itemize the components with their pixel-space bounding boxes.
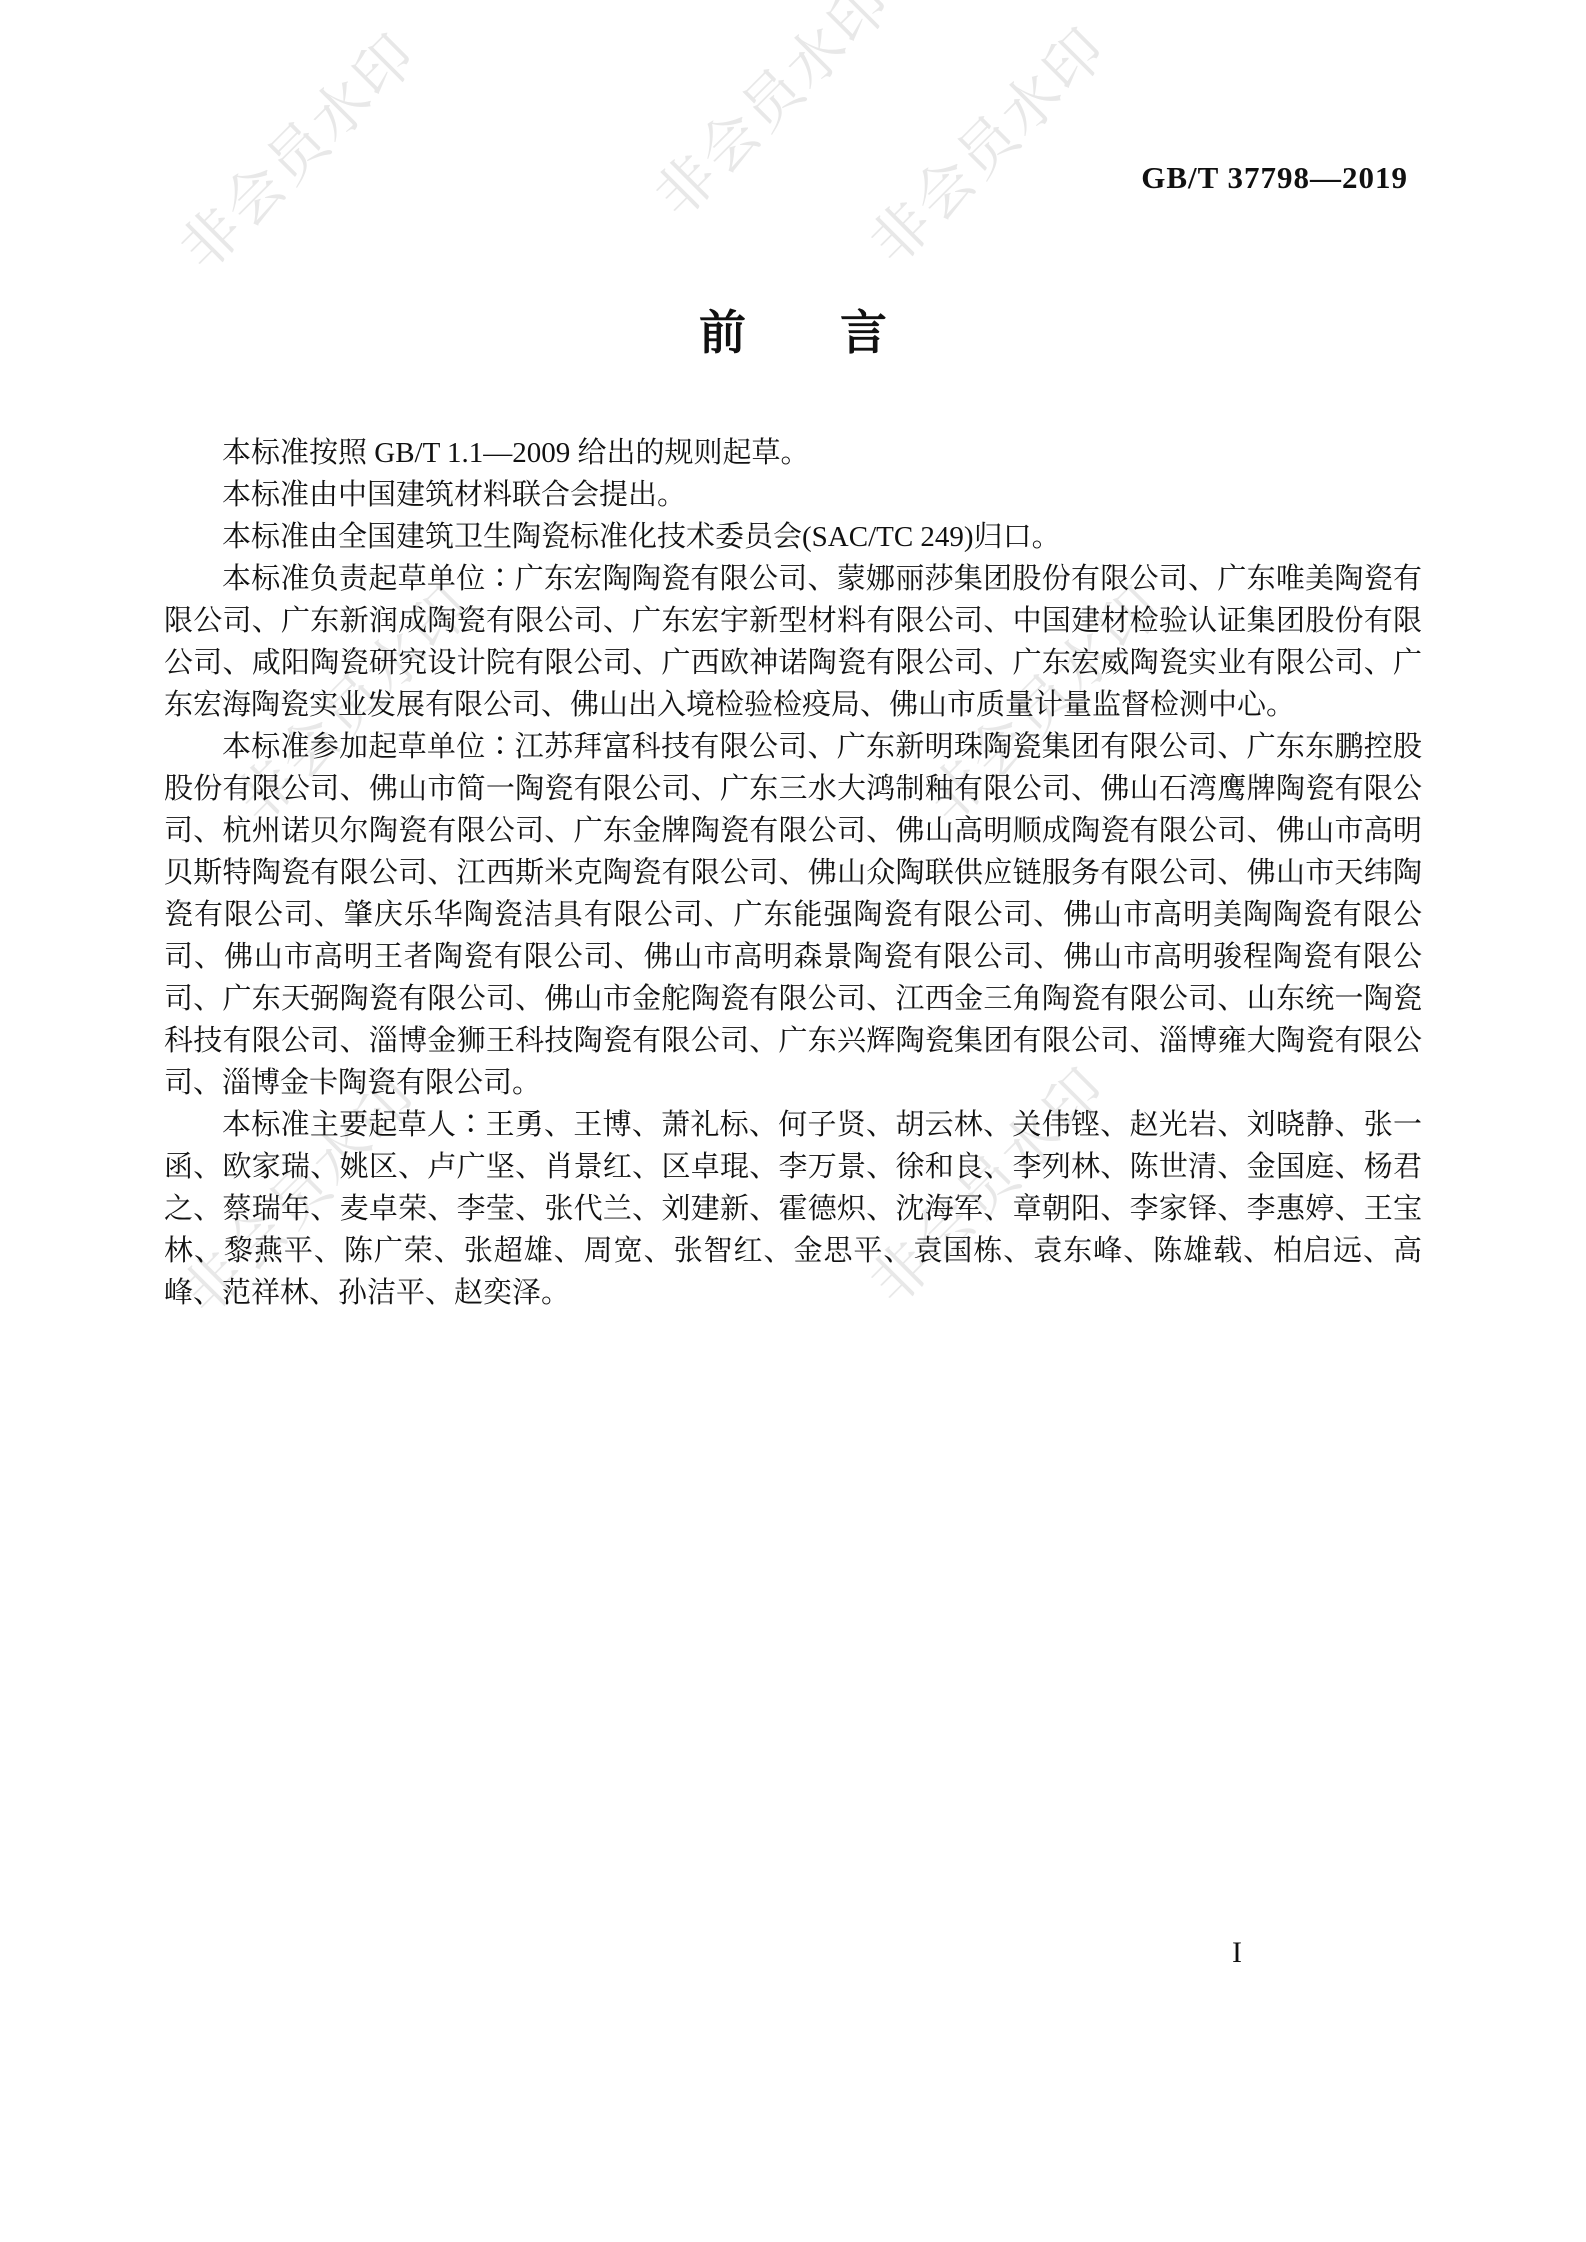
page-title: 前 言 [0, 296, 1586, 363]
watermark-text: 非会员水印 [157, 10, 432, 285]
paragraph-centralized-by: 本标准由全国建筑卫生陶瓷标准化技术委员会(SAC/TC 249)归口。 [164, 516, 1422, 558]
standard-number: GB/T 37798—2019 [1141, 160, 1408, 196]
paragraph-proposed-by: 本标准由中国建筑材料联合会提出。 [164, 474, 1422, 516]
watermark-text: 非会员水印 [847, 4, 1122, 279]
paragraph-drafting-rules: 本标准按照 GB/T 1.1—2009 给出的规则起草。 [164, 432, 1422, 474]
watermark-text: 非会员水印 [632, 0, 907, 233]
page-number: I [1232, 1936, 1242, 1970]
paragraph-responsible-drafting-organizations: 本标准负责起草单位∶广东宏陶陶瓷有限公司、蒙娜丽莎集团股份有限公司、广东唯美陶瓷… [164, 558, 1422, 726]
paragraph-main-drafters: 本标准主要起草人∶王勇、王博、萧礼标、何子贤、胡云林、关伟铿、赵光岩、刘晓静、张… [164, 1104, 1422, 1314]
paragraph-participating-drafting-organizations: 本标准参加起草单位∶江苏拜富科技有限公司、广东新明珠陶瓷集团有限公司、广东东鹏控… [164, 726, 1422, 1104]
foreword-body: 本标准按照 GB/T 1.1—2009 给出的规则起草。 本标准由中国建筑材料联… [164, 432, 1422, 1314]
